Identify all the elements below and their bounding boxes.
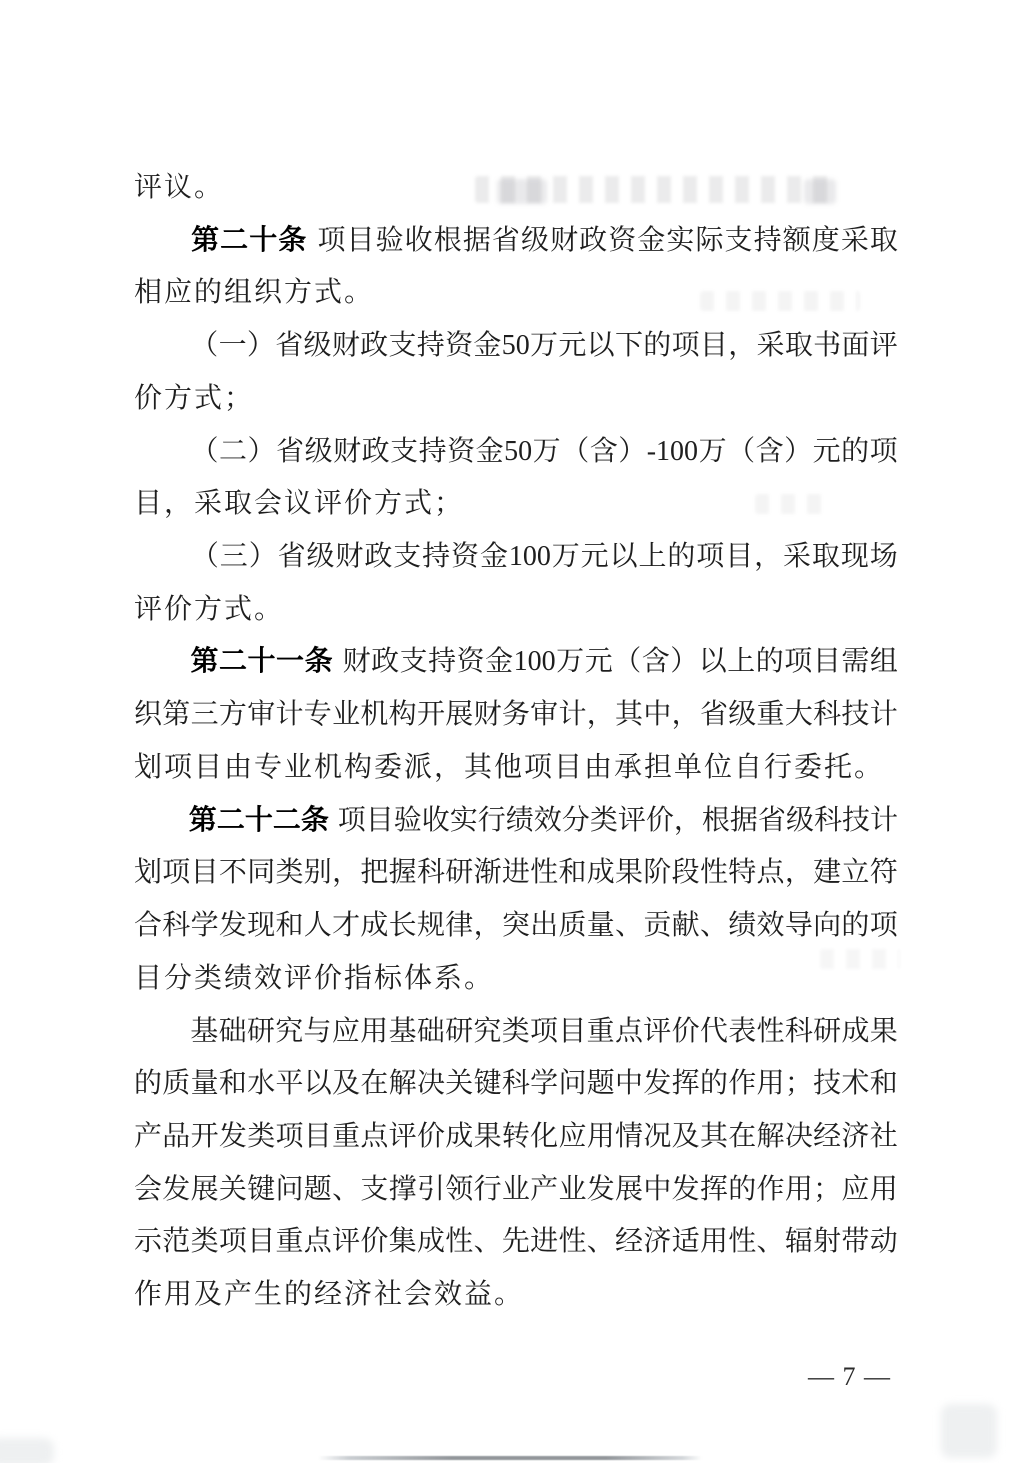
- glyph: 、: [757, 1222, 785, 1261]
- glyph: 开: [191, 1117, 219, 1156]
- glyph: 题: [587, 1064, 615, 1103]
- glyph: 持: [422, 537, 450, 576]
- glyph: 目: [347, 221, 375, 260]
- glyph: 成: [445, 1117, 473, 1156]
- glyph: ）: [784, 432, 812, 471]
- glyph: 方: [219, 695, 247, 734]
- glyph: 重: [587, 1012, 615, 1051]
- glyph: 业: [558, 1170, 586, 1209]
- glyph: 项: [338, 801, 366, 840]
- glyph: 、: [332, 1170, 360, 1209]
- glyph: 采: [841, 221, 869, 260]
- text-line: 合科学发现和人才成长规律，突出质量、贡献、绩效导向的项: [134, 906, 898, 959]
- glyph: 项: [870, 906, 898, 945]
- glyph: 持: [754, 221, 782, 260]
- glyph: 质: [558, 906, 586, 945]
- glyph: 资: [445, 326, 473, 365]
- glyph: （: [727, 432, 755, 471]
- glyph: 第: [162, 695, 190, 734]
- text-line: 示范类项目重点评价集成性、先进性、经济适用性、辐射带动: [134, 1222, 898, 1275]
- glyph: 持: [419, 432, 447, 471]
- glyph: 的: [700, 1064, 728, 1103]
- glyph: 上: [727, 642, 755, 681]
- glyph: 社: [870, 1117, 898, 1156]
- text-line: 第二十一条财政支持资金100万元（含）以上的项目需组: [134, 642, 898, 695]
- glyph: 及: [332, 1064, 360, 1103]
- glyph: 合: [134, 906, 162, 945]
- glyph: 重: [332, 1117, 360, 1156]
- glyph: 以: [304, 1064, 332, 1103]
- glyph: 表: [728, 1012, 756, 1051]
- glyph: 成: [841, 1012, 869, 1051]
- glyph: 成: [417, 1222, 445, 1261]
- glyph: ）: [618, 432, 646, 471]
- glyph: 二: [217, 801, 245, 840]
- glyph: 条: [305, 642, 333, 681]
- glyph: 计: [870, 801, 898, 840]
- glyph: 发: [587, 1170, 615, 1209]
- glyph: 含: [642, 642, 670, 681]
- text-line: 第二十二条项目验收实行绩效分类评价，根据省级科技计: [134, 801, 898, 854]
- glyph: 转: [502, 1117, 530, 1156]
- glyph: 科: [162, 906, 190, 945]
- glyph: 级: [521, 221, 549, 260]
- glyph: 特: [728, 853, 756, 892]
- glyph: 实: [666, 221, 694, 260]
- glyph: 进: [502, 853, 530, 892]
- glyph: 级: [307, 537, 335, 576]
- glyph: 价: [646, 801, 674, 840]
- glyph: 二: [219, 432, 247, 471]
- glyph: 含: [590, 432, 618, 471]
- glyph: 省: [276, 432, 304, 471]
- glyph: 科: [813, 695, 841, 734]
- glyph: 与: [304, 1012, 332, 1051]
- scan-shadow-bottom-left: [0, 1438, 54, 1463]
- glyph: 点: [757, 853, 785, 892]
- glyph: 济: [841, 1117, 869, 1156]
- glyph: 资: [457, 642, 485, 681]
- glyph: 目: [191, 853, 219, 892]
- glyph: 类: [502, 1012, 530, 1051]
- glyph: 收: [405, 221, 433, 260]
- glyph: 射: [813, 1222, 841, 1261]
- glyph: 点: [360, 1117, 388, 1156]
- glyph: 构: [389, 695, 417, 734]
- glyph: 质: [162, 1064, 190, 1103]
- glyph: 把: [360, 853, 388, 892]
- glyph: 科: [417, 853, 445, 892]
- glyph: 集: [389, 1222, 417, 1261]
- glyph: 发: [643, 1064, 671, 1103]
- glyph: 和: [275, 906, 303, 945]
- glyph: 发: [219, 1117, 247, 1156]
- glyph: 金: [480, 537, 508, 576]
- glyph: 开: [417, 695, 445, 734]
- glyph: 二: [273, 801, 301, 840]
- glyph: 度: [812, 221, 840, 260]
- glyph: 金: [473, 326, 501, 365]
- glyph: 条: [278, 221, 306, 260]
- glyph: 不: [219, 853, 247, 892]
- glyph: 规: [417, 906, 445, 945]
- glyph: 计: [558, 695, 586, 734]
- glyph: 发: [672, 1170, 700, 1209]
- glyph: 取: [870, 221, 898, 260]
- glyph: 以: [699, 642, 727, 681]
- glyph: 行: [478, 801, 506, 840]
- glyph: 项: [275, 1117, 303, 1156]
- glyph: 在: [360, 1064, 388, 1103]
- glyph: 的: [667, 537, 695, 576]
- glyph: 技: [841, 695, 869, 734]
- glyph: ）: [248, 432, 276, 471]
- glyph: 范: [162, 1222, 190, 1261]
- glyph: 向: [813, 906, 841, 945]
- glyph: 现: [841, 537, 869, 576]
- glyph: 撑: [389, 1170, 417, 1209]
- glyph: 场: [870, 537, 898, 576]
- glyph: 100: [514, 642, 556, 681]
- glyph: 含: [756, 432, 784, 471]
- glyph: 金: [485, 642, 513, 681]
- glyph: 性: [757, 1012, 785, 1051]
- glyph: 项: [672, 326, 700, 365]
- glyph: 项: [530, 1012, 558, 1051]
- glyph: 效: [757, 906, 785, 945]
- glyph: 平: [275, 1064, 303, 1103]
- text-line: 评议。: [134, 168, 898, 221]
- glyph: 技: [813, 1064, 841, 1103]
- glyph: 在: [728, 1117, 756, 1156]
- glyph: ，: [674, 801, 702, 840]
- glyph: 验: [394, 801, 422, 840]
- glyph: 果: [474, 1117, 502, 1156]
- glyph: 问: [275, 1170, 303, 1209]
- glyph: 计: [275, 695, 303, 734]
- glyph: 决: [417, 1064, 445, 1103]
- glyph: 元: [581, 537, 609, 576]
- glyph: 导: [785, 906, 813, 945]
- glyph: 二: [220, 221, 248, 260]
- glyph: 绩: [506, 801, 534, 840]
- glyph: 持: [428, 642, 456, 681]
- glyph: 类: [247, 1117, 275, 1156]
- glyph: 性: [530, 853, 558, 892]
- glyph: 持: [417, 326, 445, 365]
- text-line: 会发展关键问题、支撑引领行业产业发展中发挥的作用；应用: [134, 1170, 898, 1223]
- glyph: 资: [608, 221, 636, 260]
- glyph: 验: [376, 221, 404, 260]
- glyph: 贡: [643, 906, 671, 945]
- glyph: 经: [615, 1222, 643, 1261]
- glyph: 一: [276, 642, 304, 681]
- glyph: 以: [587, 326, 615, 365]
- text-line: （一）省级财政支持资金50万元以下的项目，采取书面评: [134, 326, 898, 379]
- glyph: 和: [558, 853, 586, 892]
- glyph: 术: [841, 1064, 869, 1103]
- glyph: 项: [162, 853, 190, 892]
- glyph: 财: [343, 642, 371, 681]
- glyph: 进: [530, 1222, 558, 1261]
- glyph: 产: [530, 1170, 558, 1209]
- page-number: — 7 —: [808, 1360, 891, 1394]
- glyph: 类: [275, 853, 303, 892]
- glyph: 作: [728, 1064, 756, 1103]
- glyph: 用: [700, 1222, 728, 1261]
- glyph: 展: [191, 1170, 219, 1209]
- glyph: 元: [585, 642, 613, 681]
- glyph: 第: [189, 801, 217, 840]
- glyph: 中: [615, 1064, 643, 1103]
- glyph: ，: [785, 853, 813, 892]
- glyph: 条: [301, 801, 329, 840]
- glyph: 产: [134, 1117, 162, 1156]
- text-line: （三）省级财政支持资金100万元以上的项目，采取现场: [134, 537, 898, 590]
- glyph: 的: [134, 1064, 162, 1103]
- glyph: 用: [785, 1170, 813, 1209]
- glyph: 级: [786, 801, 814, 840]
- glyph: 应: [558, 1117, 586, 1156]
- glyph: 研: [445, 1012, 473, 1051]
- glyph: 性: [728, 1222, 756, 1261]
- glyph: 据: [730, 801, 758, 840]
- glyph: 究: [473, 1012, 501, 1051]
- glyph: 和: [870, 1064, 898, 1103]
- glyph: 支: [400, 642, 428, 681]
- text-line: 目分类绩效评价指标体系。: [134, 959, 898, 1012]
- glyph: 效: [534, 801, 562, 840]
- glyph: ，: [332, 853, 360, 892]
- glyph: 目: [304, 1117, 332, 1156]
- glyph: 评: [618, 801, 646, 840]
- glyph: 省: [275, 326, 303, 365]
- glyph: 一: [219, 326, 247, 365]
- glyph: 果: [615, 853, 643, 892]
- glyph: 中: [643, 695, 671, 734]
- glyph: 织: [134, 695, 162, 734]
- glyph: 组: [870, 642, 898, 681]
- glyph: 解: [757, 1117, 785, 1156]
- glyph: 采: [757, 326, 785, 365]
- glyph: 绩: [728, 906, 756, 945]
- glyph: 技: [842, 801, 870, 840]
- glyph: 省: [278, 537, 306, 576]
- glyph: 发: [162, 1170, 190, 1209]
- glyph: 引: [417, 1170, 445, 1209]
- glyph: 用: [360, 1012, 388, 1051]
- glyph: 果: [870, 1012, 898, 1051]
- text-line: 的质量和水平以及在解决关键科学问题中发挥的作用；技术和: [134, 1064, 898, 1117]
- glyph: 才: [332, 906, 360, 945]
- glyph: 取: [812, 537, 840, 576]
- glyph: 题: [304, 1170, 332, 1209]
- glyph: 价: [672, 1012, 700, 1051]
- glyph: 作: [757, 1170, 785, 1209]
- glyph: ；: [785, 1064, 813, 1103]
- scan-shadow-bottom-right: [941, 1404, 997, 1458]
- glyph: 资: [447, 432, 475, 471]
- glyph: 书: [813, 326, 841, 365]
- glyph: 科: [785, 1012, 813, 1051]
- glyph: 根: [434, 221, 462, 260]
- glyph: 级: [305, 432, 333, 471]
- glyph: 审: [530, 695, 558, 734]
- glyph: 评: [389, 1117, 417, 1156]
- text-line: （二）省级财政支持资金50万（含）-100万（含）元的项: [134, 432, 898, 485]
- glyph: （: [561, 432, 589, 471]
- glyph: 科: [502, 1064, 530, 1103]
- glyph: 省: [492, 221, 520, 260]
- glyph: 采: [783, 537, 811, 576]
- glyph: -100: [647, 432, 698, 471]
- glyph: 实: [450, 801, 478, 840]
- glyph: 挥: [672, 1064, 700, 1103]
- glyph: 收: [422, 801, 450, 840]
- glyph: 元: [813, 432, 841, 471]
- glyph: 究: [275, 1012, 303, 1051]
- glyph: 础: [219, 1012, 247, 1051]
- glyph: 机: [360, 695, 388, 734]
- glyph: ，: [474, 906, 502, 945]
- glyph: 研: [445, 853, 473, 892]
- glyph: 级: [728, 695, 756, 734]
- glyph: 律: [445, 906, 473, 945]
- text-line: 评价方式。: [134, 590, 898, 643]
- glyph: 财: [333, 432, 361, 471]
- glyph: 点: [304, 1222, 332, 1261]
- glyph: ，: [587, 695, 615, 734]
- glyph: 业: [332, 695, 360, 734]
- glyph: 金: [476, 432, 504, 471]
- glyph: 政: [362, 432, 390, 471]
- glyph: 的: [643, 326, 671, 365]
- glyph: 突: [502, 906, 530, 945]
- glyph: 点: [615, 1012, 643, 1051]
- glyph: 支: [390, 432, 418, 471]
- glyph: 出: [530, 906, 558, 945]
- glyph: 研: [813, 1012, 841, 1051]
- glyph: 示: [134, 1222, 162, 1261]
- glyph: 金: [637, 221, 665, 260]
- glyph: 解: [389, 1064, 417, 1103]
- glyph: 省: [758, 801, 786, 840]
- glyph: 划: [134, 853, 162, 892]
- text-line: 第二十条项目验收根据省级财政资金实际支持额度采取: [134, 221, 898, 274]
- glyph: 经: [813, 1117, 841, 1156]
- glyph: 、: [587, 1222, 615, 1261]
- glyph: 根: [702, 801, 730, 840]
- glyph: 关: [219, 1170, 247, 1209]
- glyph: 和: [219, 1064, 247, 1103]
- glyph: ）: [670, 642, 698, 681]
- glyph: 用: [757, 1064, 785, 1103]
- glyph: 目: [813, 642, 841, 681]
- glyph: 第: [191, 642, 219, 681]
- glyph: 基: [388, 1012, 416, 1051]
- glyph: 成: [587, 853, 615, 892]
- glyph: 资: [451, 537, 479, 576]
- glyph: 领: [445, 1170, 473, 1209]
- glyph: 项: [784, 642, 812, 681]
- glyph: 评: [332, 1222, 360, 1261]
- glyph: 研: [247, 1012, 275, 1051]
- glyph: 项: [696, 537, 724, 576]
- glyph: 性: [558, 1222, 586, 1261]
- glyph: 价: [360, 1222, 388, 1261]
- glyph: 额: [783, 221, 811, 260]
- glyph: 会: [134, 1170, 162, 1209]
- glyph: 及: [672, 1117, 700, 1156]
- glyph: 长: [389, 906, 417, 945]
- glyph: 级: [304, 326, 332, 365]
- glyph: 的: [841, 432, 869, 471]
- glyph: 政: [579, 221, 607, 260]
- glyph: 类: [191, 1222, 219, 1261]
- glyph: 学: [530, 1064, 558, 1103]
- glyph: 行: [474, 1170, 502, 1209]
- scanned-document-page: 评议。第二十条项目验收根据省级财政资金实际支持额度采取相应的组织方式。（一）省级…: [0, 0, 1024, 1463]
- glyph: 十: [248, 642, 276, 681]
- text-line: 划项目由专业机构委派，其他项目由承担单位自行委托。: [134, 748, 898, 801]
- glyph: 带: [841, 1222, 869, 1261]
- glyph: 其: [700, 1117, 728, 1156]
- glyph: 重: [757, 695, 785, 734]
- glyph: 握: [389, 853, 417, 892]
- text-line: 价方式；: [134, 379, 898, 432]
- glyph: 阶: [643, 853, 671, 892]
- text-line: 作用及产生的经济社会效益。: [134, 1275, 898, 1328]
- glyph: 上: [638, 537, 666, 576]
- glyph: 万: [533, 432, 561, 471]
- glyph: 代: [700, 1012, 728, 1051]
- glyph: 辐: [785, 1222, 813, 1261]
- glyph: 目: [247, 1222, 275, 1261]
- glyph: 财: [550, 221, 578, 260]
- text-line: 目，采取会议评价方式；: [134, 484, 898, 537]
- scan-edge-bar: [318, 1456, 702, 1460]
- glyph: 万: [552, 537, 580, 576]
- glyph: 的: [756, 642, 784, 681]
- glyph: 情: [615, 1117, 643, 1156]
- glyph: 大: [785, 695, 813, 734]
- glyph: 十: [249, 221, 277, 260]
- text-line: 相应的组织方式。: [134, 273, 898, 326]
- glyph: （: [191, 432, 219, 471]
- glyph: 成: [360, 906, 388, 945]
- glyph: 分: [562, 801, 590, 840]
- glyph: 财: [332, 326, 360, 365]
- glyph: 下: [615, 326, 643, 365]
- glyph: 应: [841, 1170, 869, 1209]
- glyph: 支: [388, 326, 416, 365]
- glyph: 目: [558, 1012, 586, 1051]
- glyph: 第: [191, 221, 219, 260]
- glyph: 别: [304, 853, 332, 892]
- glyph: 品: [162, 1117, 190, 1156]
- glyph: 面: [841, 326, 869, 365]
- glyph: ，: [672, 695, 700, 734]
- glyph: 重: [275, 1222, 303, 1261]
- glyph: 段: [672, 853, 700, 892]
- glyph: 济: [643, 1222, 671, 1261]
- glyph: 础: [417, 1012, 445, 1051]
- glyph: 量: [191, 1064, 219, 1103]
- glyph: 展: [445, 695, 473, 734]
- glyph: 中: [643, 1170, 671, 1209]
- glyph: 适: [672, 1222, 700, 1261]
- glyph: 二: [219, 642, 247, 681]
